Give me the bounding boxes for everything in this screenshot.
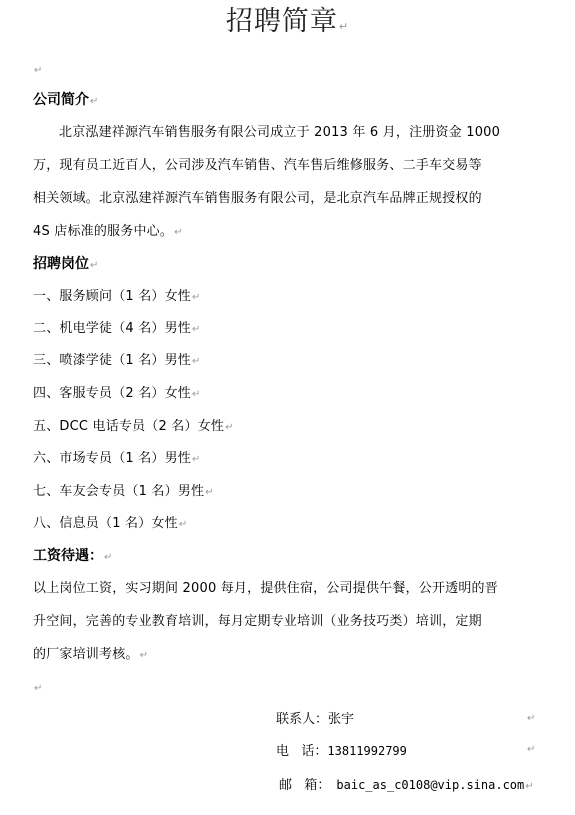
- paragraph-mark-icon: ↵: [192, 389, 201, 400]
- intro-line-4: 4S 店标准的服务中心。↵: [33, 224, 183, 241]
- paragraph-mark-icon: ↵: [225, 422, 234, 433]
- paragraph-mark-icon: ↵: [527, 744, 535, 755]
- contact-person-label: 联系人：: [276, 712, 328, 727]
- paragraph-mark-icon: ↵: [192, 356, 201, 367]
- contact-email-value[interactable]: baic_as_c0108@vip.sina.com: [336, 778, 524, 792]
- position-text: 四、客服专员（2 名）女性: [33, 386, 191, 401]
- position-text: 八、信息员（1 名）女性: [33, 516, 178, 531]
- heading-text: 招聘岗位: [33, 256, 89, 272]
- intro-line-1: 北京泓建祥源汽车销售服务有限公司成立于 2013 年 6 月，注册资金 1000: [59, 125, 500, 141]
- contact-email-label: 邮 箱：: [279, 778, 330, 793]
- position-item: 八、信息员（1 名）女性↵: [33, 516, 187, 533]
- contact-person: 联系人：张宇: [276, 712, 354, 728]
- position-text: 五、DCC 电话专员（2 名）女性: [33, 419, 224, 434]
- section-heading-positions: 招聘岗位↵: [33, 256, 98, 274]
- intro-line-3: 相关领域。北京泓建祥源汽车销售服务有限公司，是北京汽车品牌正规授权的: [33, 191, 482, 207]
- position-item: 三、喷漆学徒（1 名）男性↵: [33, 353, 201, 370]
- position-text: 三、喷漆学徒（1 名）男性: [33, 353, 191, 368]
- position-item: 六、市场专员（1 名）男性↵: [33, 451, 201, 468]
- benefits-line-3: 的厂家培训考核。↵: [33, 647, 148, 664]
- empty-paragraph: ↵: [33, 62, 42, 79]
- paragraph-mark-icon: ↵: [174, 227, 183, 238]
- position-item: 五、DCC 电话专员（2 名）女性↵: [33, 419, 234, 436]
- heading-text: 公司简介: [33, 92, 89, 108]
- paragraph-mark-icon: ↵: [90, 96, 98, 107]
- contact-phone: 电 话：13811992799: [276, 743, 407, 760]
- paragraph-mark-icon: ↵: [525, 781, 533, 792]
- contact-phone-label: 电 话：: [276, 744, 327, 759]
- contact-email: 邮 箱：baic_as_c0108@vip.sina.com↵: [279, 777, 534, 795]
- paragraph-mark-icon: ↵: [527, 713, 535, 724]
- paragraph-mark-icon: ↵: [34, 683, 42, 694]
- paragraph-mark-icon: ↵: [205, 487, 214, 498]
- position-item: 一、服务顾问（1 名）女性↵: [33, 289, 201, 306]
- benefits-line-1: 以上岗位工资，实习期间 2000 每月，提供住宿，公司提供午餐，公开透明的晋: [33, 581, 498, 597]
- paragraph-mark-icon: ↵: [140, 650, 149, 661]
- heading-text: 工资待遇：: [33, 548, 103, 564]
- position-text: 六、市场专员（1 名）男性: [33, 451, 191, 466]
- paragraph-mark-icon: ↵: [192, 454, 201, 465]
- paragraph-mark-icon: ↵: [34, 65, 42, 76]
- empty-paragraph: ↵: [33, 680, 42, 697]
- section-heading-intro: 公司简介↵: [33, 92, 98, 110]
- benefits-line-3-text: 的厂家培训考核。: [33, 647, 139, 662]
- position-item: 四、客服专员（2 名）女性↵: [33, 386, 201, 403]
- paragraph-mark-icon: ↵: [339, 20, 349, 33]
- contact-person-value: 张宇: [328, 712, 354, 727]
- position-text: 二、机电学徒（4 名）男性: [33, 321, 191, 336]
- paragraph-mark-icon: ↵: [192, 324, 201, 335]
- contact-phone-value: 13811992799: [327, 744, 406, 758]
- paragraph-mark-icon: ↵: [192, 292, 201, 303]
- paragraph-mark-icon: ↵: [90, 260, 98, 271]
- benefits-line-2: 升空间，完善的专业教育培训，每月定期专业培训（业务技巧类）培训，定期: [33, 614, 482, 630]
- paragraph-mark-icon: ↵: [179, 519, 188, 530]
- position-item: 七、车友会专员（1 名）男性↵: [33, 484, 214, 501]
- title-text: 招聘简章: [226, 6, 338, 37]
- paragraph-mark-icon: ↵: [104, 552, 112, 563]
- section-heading-benefits: 工资待遇：↵: [33, 548, 112, 566]
- document-title: 招聘简章↵: [0, 4, 575, 45]
- position-text: 七、车友会专员（1 名）男性: [33, 484, 204, 499]
- intro-line-4-text: 4S 店标准的服务中心。: [33, 224, 173, 239]
- intro-line-2: 万，现有员工近百人，公司涉及汽车销售、汽车售后维修服务、二手车交易等: [33, 158, 482, 174]
- position-text: 一、服务顾问（1 名）女性: [33, 289, 191, 304]
- position-item: 二、机电学徒（4 名）男性↵: [33, 321, 201, 338]
